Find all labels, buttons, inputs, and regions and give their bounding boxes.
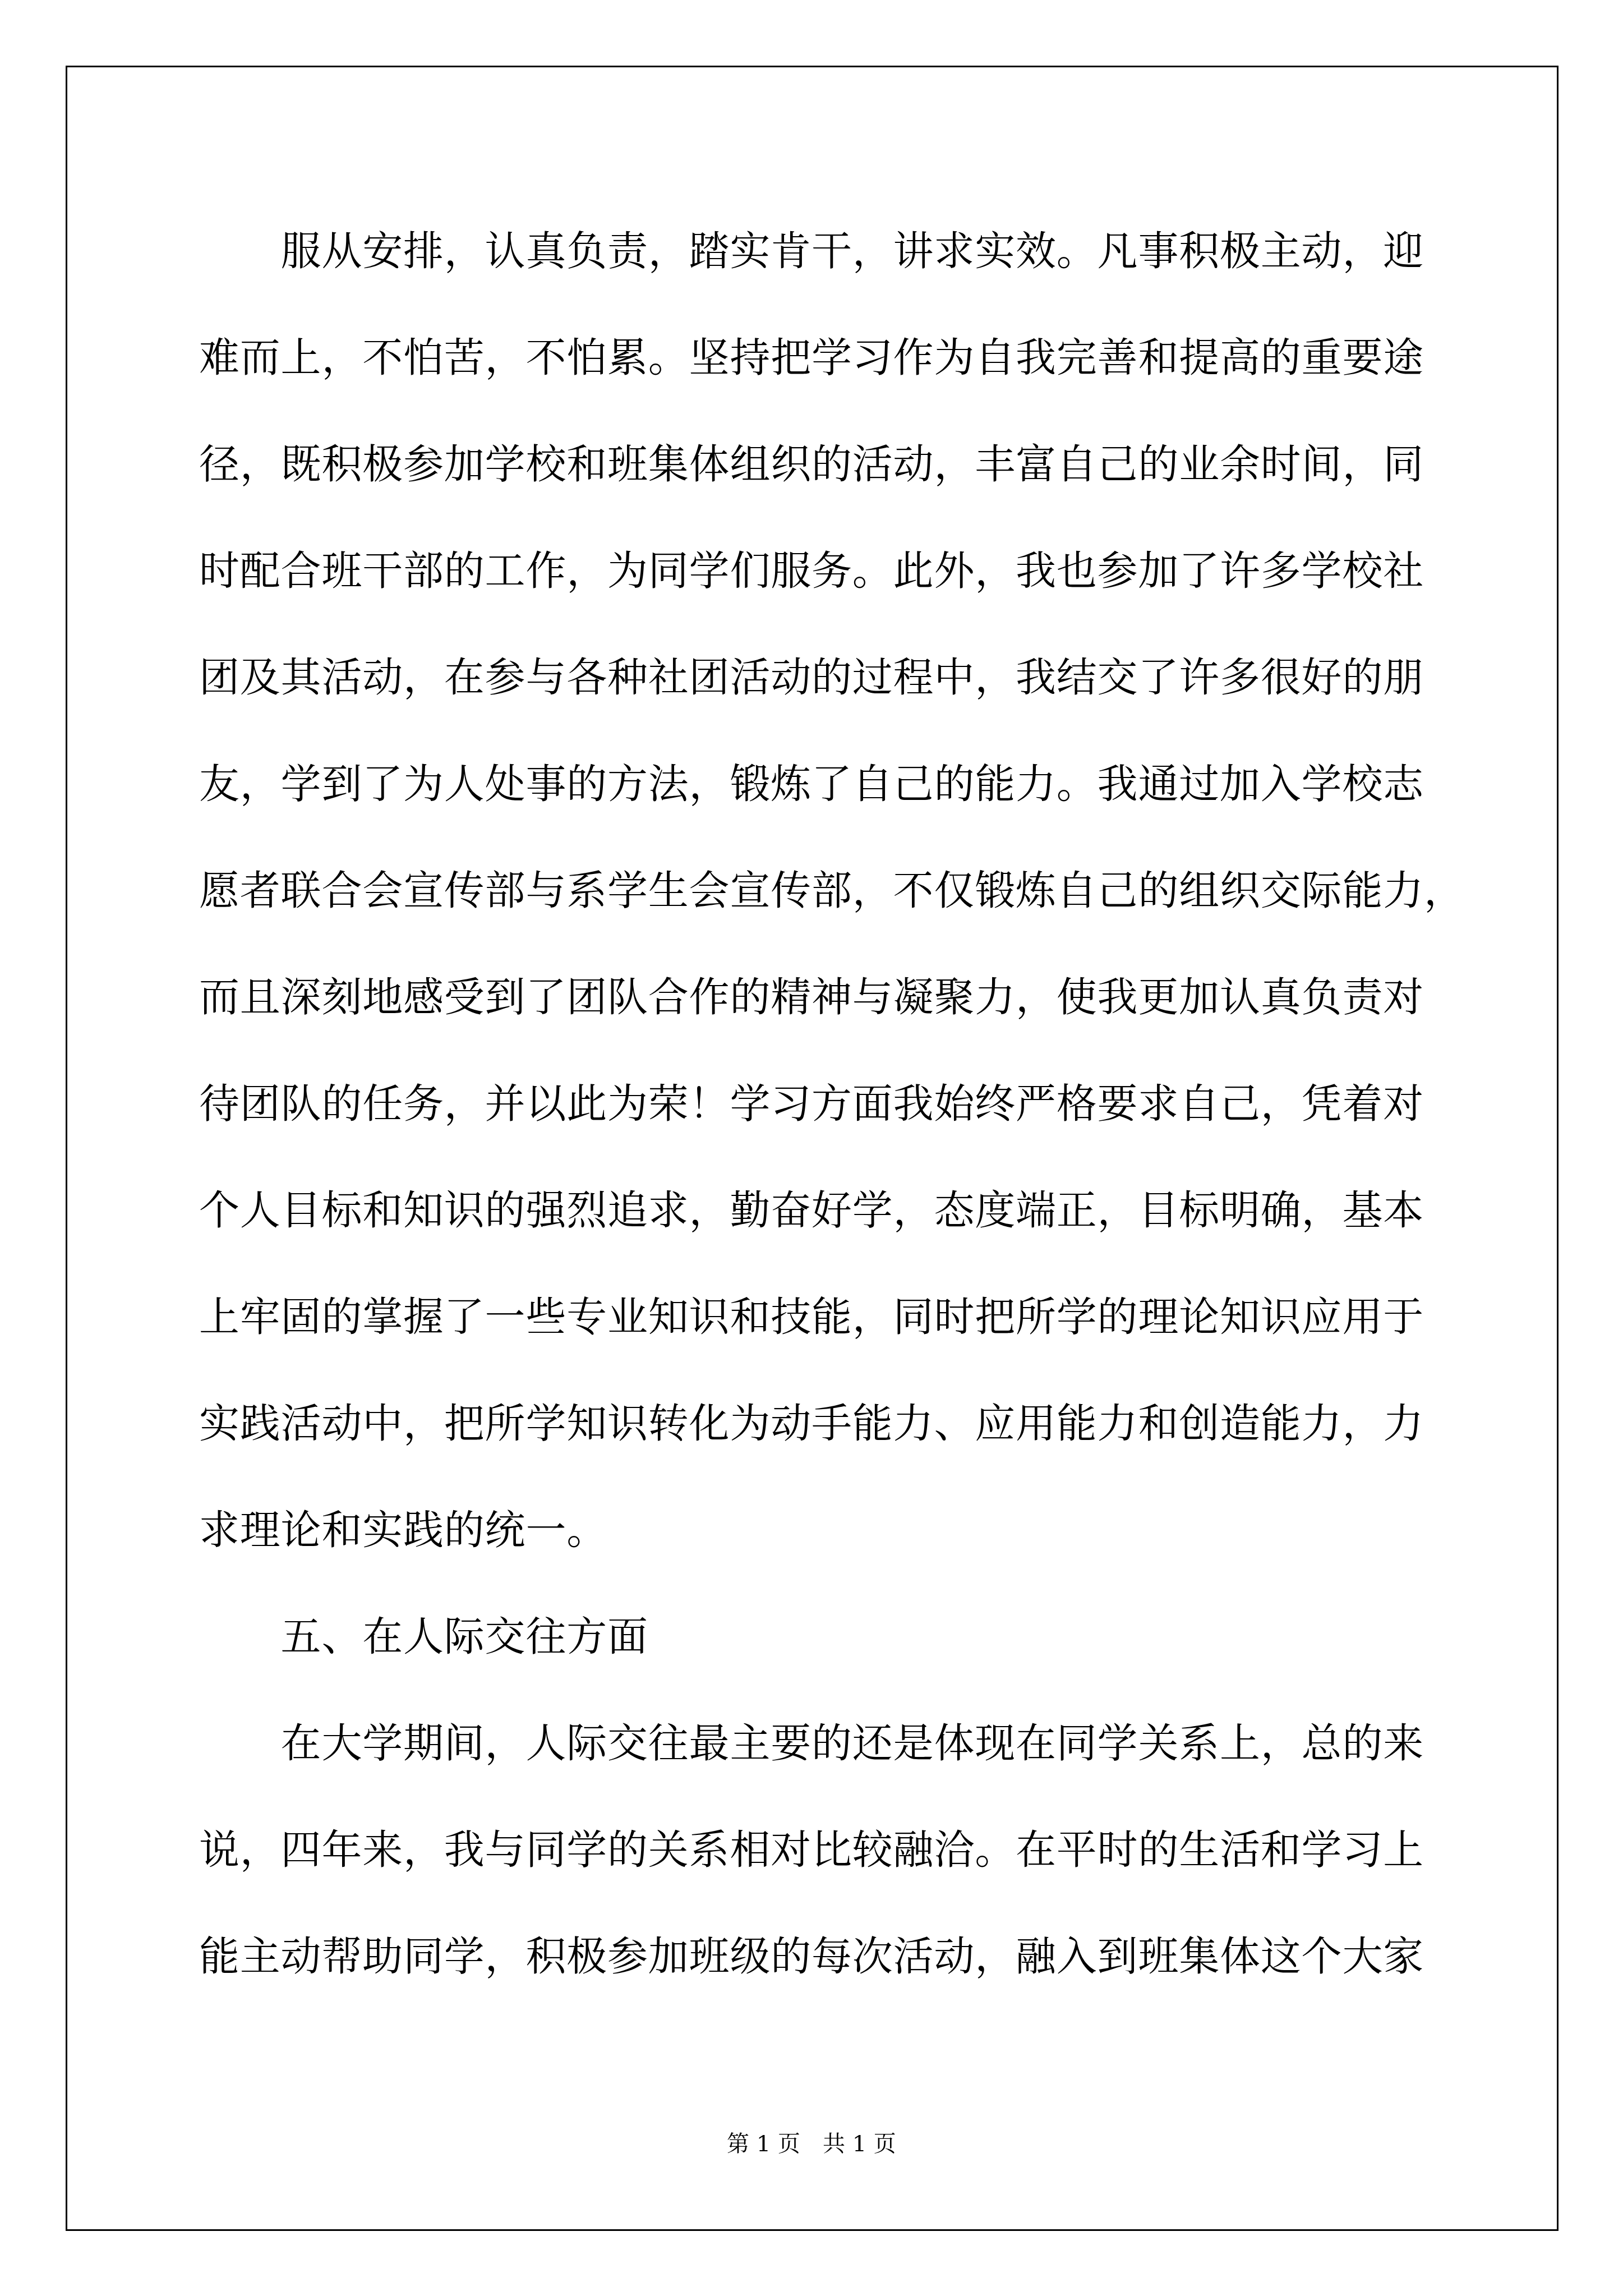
page-border	[66, 66, 1559, 2231]
page-number-footer: 第 1 页 共 1 页	[0, 2131, 1623, 2157]
section-heading: 五、在人际交往方面	[281, 1615, 648, 1658]
paragraph-line: 求理论和实践的统一。	[199, 1508, 607, 1551]
paragraph-line: 上牢固的掌握了一些专业知识和技能，同时把所学的理论知识应用于	[199, 1295, 1424, 1338]
paragraph-line: 难而上，不怕苦，不怕累。坚持把学习作为自我完善和提高的重要途	[199, 336, 1424, 379]
paragraph-line: 个人目标和知识的强烈追求，勤奋好学，态度端正，目标明确，基本	[199, 1189, 1424, 1231]
paragraph-line: 实践活动中，把所学知识转化为动手能力、应用能力和创造能力，力	[199, 1402, 1424, 1444]
paragraph-line: 说，四年来，我与同学的关系相对比较融洽。在平时的生活和学习上	[199, 1828, 1424, 1871]
paragraph-line: 时配合班干部的工作，为同学们服务。此外，我也参加了许多学校社	[199, 549, 1424, 592]
paragraph-line: 友，学到了为人处事的方法，锻炼了自己的能力。我通过加入学校志	[199, 762, 1424, 805]
paragraph-line: 服从安排，认真负责，踏实肯干，讲求实效。凡事积极主动，迎	[281, 229, 1424, 272]
paragraph-line: 待团队的任务，并以此为荣！学习方面我始终严格要求自己，凭着对	[199, 1082, 1424, 1125]
paragraph-line: 径，既积极参加学校和班集体组织的活动，丰富自己的业余时间，同	[199, 443, 1424, 485]
paragraph-line: 在大学期间，人际交往最主要的还是体现在同学关系上，总的来	[281, 1722, 1424, 1764]
paragraph-line: 而且深刻地感受到了团队合作的精神与凝聚力，使我更加认真负责对	[199, 976, 1424, 1018]
paragraph-line: 团及其活动，在参与各种社团活动的过程中，我结交了许多很好的朋	[199, 656, 1424, 698]
paragraph-line: 能主动帮助同学，积极参加班级的每次活动，融入到班集体这个大家	[199, 1935, 1424, 1977]
paragraph-line: 愿者联合会宣传部与系学生会宣传部，不仅锻炼自己的组织交际能力，	[199, 869, 1465, 912]
